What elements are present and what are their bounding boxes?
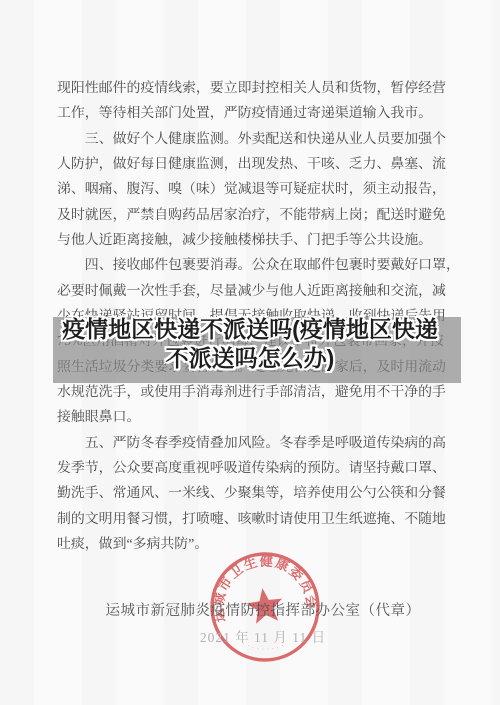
doc-line: 勤洗手、常通风、一米线、少聚集等，培养使用公勺公筷和分餐	[57, 481, 449, 506]
doc-line: 四、接收邮件包裹要消毒。公众在取邮件包裹时要戴好口罩，	[57, 253, 449, 278]
doc-line: 发季节，公众要高度重视呼吸道传染病的预防。请坚持戴口罩、	[57, 456, 449, 481]
doc-line: 必要时佩戴一次性手套，尽量减少与他人近距离接触和交流，减	[57, 279, 449, 304]
doc-line: 与他人近距离接触，减少接触楼梯扶手、门把手等公共设施。	[57, 228, 449, 253]
doc-line: 三、做好个人健康监测。外卖配送和快递从业人员要加强个	[57, 127, 449, 152]
signature-line: 运城市新冠肺炎疫情防控指挥部办公室（代章）	[26, 599, 500, 620]
overlay-title-line-2: 不派送吗怎么办)	[0, 344, 500, 373]
doc-line: 水规范洗手，或使用手消毒剂进行手部清洁，避免用不干净的手	[57, 380, 449, 405]
overlay-title-line-1: 疫情地区快递不派送吗(疫情地区快递	[0, 315, 500, 344]
doc-line: 制的文明用餐习惯，打喷嚏、咳嗽时请使用卫生纸遮掩、不随地	[57, 507, 449, 532]
overlay-title: 疫情地区快递不派送吗(疫情地区快递 不派送吗怎么办)	[0, 315, 500, 373]
doc-line: 及时就医，严禁自购药品居家治疗，不能带病上岗；配送时避免	[57, 203, 449, 228]
doc-line: 现阳性邮件的疫情线索，要立即封控相关人员和货物，暂停经营	[57, 76, 449, 101]
doc-line: 涕、咽痛、腹泻、嗅（味）觉减退等可疑症状时，须主动报告，	[57, 177, 449, 202]
date-line: 2021 年 11 月 11 日	[26, 626, 500, 646]
doc-line: 工作，等待相关部门处置，严防疫情通过寄递渠道输入我市。	[57, 101, 449, 126]
doc-line: 人防护，做好每日健康监测，出现发热、干咳、乏力、鼻塞、流	[57, 152, 449, 177]
doc-line: 接触眼鼻口。	[57, 405, 449, 430]
doc-line: 五、严防冬春季疫情叠加风险。冬春季是呼吸道传染病的高	[57, 431, 449, 456]
